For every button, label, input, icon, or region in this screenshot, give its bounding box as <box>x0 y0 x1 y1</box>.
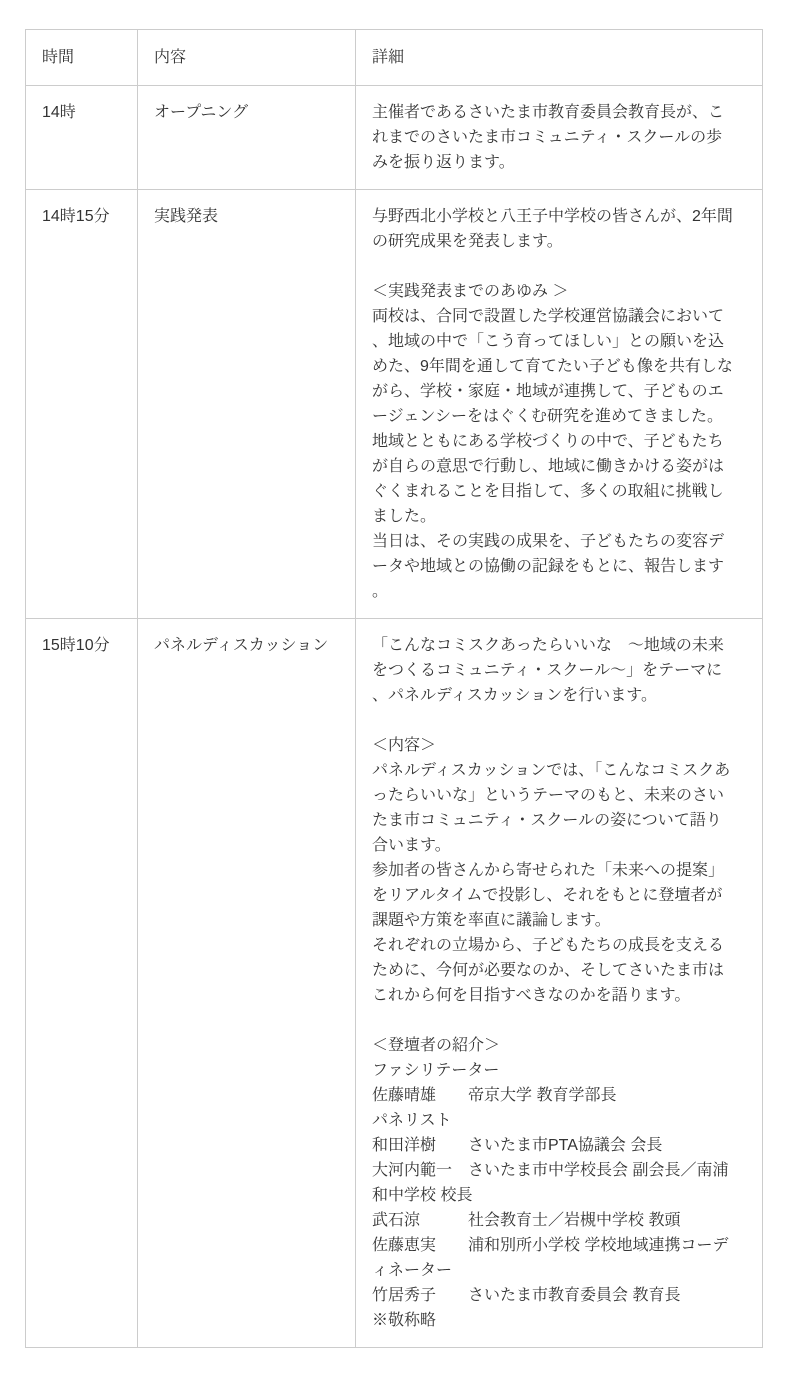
column-header-detail: 詳細 <box>356 30 763 86</box>
event-schedule-table: 時間 内容 詳細 14時 オープニング 主催者であるさいたま市教育委員会教育長が… <box>25 29 763 1348</box>
detail-cell: 主催者であるさいたま市教育委員会教育長が、これまでのさいたま市コミュニティ・スク… <box>356 86 763 190</box>
content-cell: パネルディスカッション <box>138 619 356 1348</box>
header-row: 時間 内容 詳細 <box>26 30 763 86</box>
content-cell: 実践発表 <box>138 190 356 619</box>
column-header-content: 内容 <box>138 30 356 86</box>
table-row-opening: 14時 オープニング 主催者であるさいたま市教育委員会教育長が、これまでのさいた… <box>26 86 763 190</box>
time-cell: 14時 <box>26 86 138 190</box>
table-row-panel-discussion: 15時10分 パネルディスカッション 「こんなコミスクあったらいいな 〜地域の未… <box>26 619 763 1348</box>
time-cell: 15時10分 <box>26 619 138 1348</box>
detail-cell: 「こんなコミスクあったらいいな 〜地域の未来をつくるコミュニティ・スクール〜」を… <box>356 619 763 1348</box>
article-page: 時間 内容 詳細 14時 オープニング 主催者であるさいたま市教育委員会教育長が… <box>0 0 800 1378</box>
column-header-time: 時間 <box>26 30 138 86</box>
table-header: 時間 内容 詳細 <box>26 30 763 86</box>
table-body: 14時 オープニング 主催者であるさいたま市教育委員会教育長が、これまでのさいた… <box>26 86 763 1348</box>
detail-cell: 与野西北小学校と八王子中学校の皆さんが、2年間の研究成果を発表します。 ＜実践発… <box>356 190 763 619</box>
content-cell: オープニング <box>138 86 356 190</box>
time-cell: 14時15分 <box>26 190 138 619</box>
table-row-presentation: 14時15分 実践発表 与野西北小学校と八王子中学校の皆さんが、2年間の研究成果… <box>26 190 763 619</box>
